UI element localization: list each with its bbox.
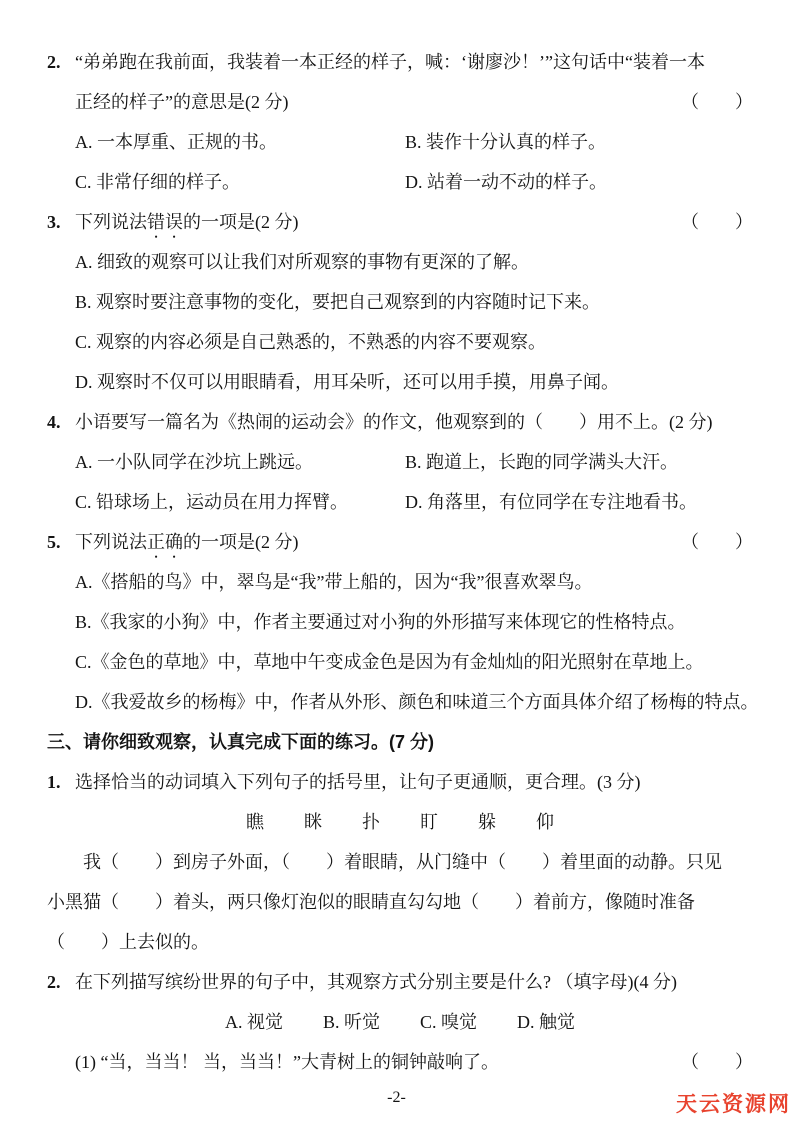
question-3-stem-post: 的一项是(2 分) xyxy=(183,202,299,242)
option-b: B. 跑道上，长跑的同学满头大汗。 xyxy=(405,442,678,482)
question-4-stem-text: 小语要写一篇名为《热闹的运动会》的作文，他观察到的（ ）用不上。(2 分) xyxy=(75,402,713,442)
s3q2-item-1-answer-bracket: （ ） xyxy=(681,1042,753,1082)
question-3-option-row: A. 细致的观察可以让我们对所观察的事物有更深的了解。 xyxy=(47,242,753,282)
section-3-heading: 三、请你细致观察，认真完成下面的练习。(7 分) xyxy=(47,722,753,762)
question-5: 5. 下列说法 正确 的一项是(2 分) （ ） A.《搭船的鸟》中，翠鸟是“我… xyxy=(47,522,753,722)
section-3-question-2: 2. 在下列描写缤纷世界的句子中，其观察方式分别主要是什么? （填字母)(4 分… xyxy=(47,962,753,1082)
option-c: C. 铅球场上，运动员在用力挥臂。 xyxy=(75,482,405,522)
word-bank-item: 盯 xyxy=(420,802,438,842)
option-a: A. 细致的观察可以让我们对所观察的事物有更深的了解。 xyxy=(75,242,529,282)
s3q1-stem-text: 选择恰当的动词填入下列句子的括号里，让句子更通顺，更合理。(3 分) xyxy=(75,762,641,802)
question-2-stem-text: “弟弟跑在我前面，我装着一本正经的样子，喊：‘谢廖沙！’”这句话中“装着一本 xyxy=(75,42,705,82)
question-5-stem-pre: 下列说法 xyxy=(75,522,147,562)
question-3-option-row: B. 观察时要注意事物的变化，要把自己观察到的内容随时记下来。 xyxy=(47,282,753,322)
s3q1-passage-line-2: 小黑猫（ ）着头，两只像灯泡似的眼睛直勾勾地（ ）着前方，像随时准备 xyxy=(47,882,753,922)
question-4: 4. 小语要写一篇名为《热闹的运动会》的作文，他观察到的（ ）用不上。(2 分)… xyxy=(47,402,753,522)
question-5-option-row: B.《我家的小狗》中，作者主要通过对小狗的外形描写来体现它的性格特点。 xyxy=(47,602,753,642)
question-5-option-row: A.《搭船的鸟》中，翠鸟是“我”带上船的，因为“我”很喜欢翠鸟。 xyxy=(47,562,753,602)
question-2-stem-line-1: 2. “弟弟跑在我前面，我装着一本正经的样子，喊：‘谢廖沙！’”这句话中“装着一… xyxy=(47,42,753,82)
option-c: C.《金色的草地》中，草地中午变成金色是因为有金灿灿的阳光照射在草地上。 xyxy=(75,642,704,682)
s3q2-stem: 2. 在下列描写缤纷世界的句子中，其观察方式分别主要是什么? （填字母)(4 分… xyxy=(47,962,753,1002)
watermark: 天云资源网 xyxy=(676,1088,791,1118)
option-d: D. 观察时不仅可以用眼睛看，用耳朵听，还可以用手摸，用鼻子闻。 xyxy=(75,362,619,402)
s3q1-passage-line-3: （ ）上去似的。 xyxy=(47,922,753,962)
word-bank-item: 瞧 xyxy=(246,802,264,842)
passage-text: 小黑猫（ ）着头，两只像灯泡似的眼睛直勾勾地（ ）着前方，像随时准备 xyxy=(47,882,695,922)
question-5-number: 5. xyxy=(47,522,75,562)
option-c: C. 观察的内容必须是自己熟悉的，不熟悉的内容不要观察。 xyxy=(75,322,546,362)
question-3-number: 3. xyxy=(47,202,75,242)
question-5-option-row: C.《金色的草地》中，草地中午变成金色是因为有金灿灿的阳光照射在草地上。 xyxy=(47,642,753,682)
word-bank-item: 眯 xyxy=(304,802,322,842)
exam-page: 2. “弟弟跑在我前面，我装着一本正经的样子，喊：‘谢廖沙！’”这句话中“装着一… xyxy=(0,0,793,1122)
question-4-stem: 4. 小语要写一篇名为《热闹的运动会》的作文，他观察到的（ ）用不上。(2 分) xyxy=(47,402,753,442)
s3q2-choices: A. 视觉 B. 听觉 C. 嗅觉 D. 触觉 xyxy=(47,1002,753,1042)
word-bank-item: 躲 xyxy=(478,802,496,842)
question-5-stem: 5. 下列说法 正确 的一项是(2 分) （ ） xyxy=(47,522,753,562)
question-2-number: 2. xyxy=(47,42,75,82)
option-b: B.《我家的小狗》中，作者主要通过对小狗的外形描写来体现它的性格特点。 xyxy=(75,602,686,642)
s3q2-item-1-text: (1) “当，当当！ 当，当当！”大青树上的铜钟敲响了。 xyxy=(75,1042,499,1082)
choice-d: D. 触觉 xyxy=(517,1002,575,1042)
question-2-options-row-1: A. 一本厚重、正规的书。 B. 装作十分认真的样子。 xyxy=(47,122,753,162)
question-5-stem-post: 的一项是(2 分) xyxy=(183,522,299,562)
section-3-heading-text: 三、请你细致观察，认真完成下面的练习。(7 分) xyxy=(47,722,434,762)
option-a: A.《搭船的鸟》中，翠鸟是“我”带上船的，因为“我”很喜欢翠鸟。 xyxy=(75,562,592,602)
option-a: A. 一小队同学在沙坑上跳远。 xyxy=(75,442,405,482)
question-2-answer-bracket: （ ） xyxy=(681,82,753,122)
question-3-option-row: C. 观察的内容必须是自己熟悉的，不熟悉的内容不要观察。 xyxy=(47,322,753,362)
passage-text: 我（ ）到房子外面，（ ）着眼睛，从门缝中（ ）着里面的动静。只见 xyxy=(83,842,722,882)
question-3: 3. 下列说法 错误 的一项是(2 分) （ ） A. 细致的观察可以让我们对所… xyxy=(47,202,753,402)
s3q2-item-1: (1) “当，当当！ 当，当当！”大青树上的铜钟敲响了。 （ ） xyxy=(47,1042,753,1082)
word-bank-item: 仰 xyxy=(536,802,554,842)
choice-a: A. 视觉 xyxy=(225,1002,283,1042)
choice-c: C. 嗅觉 xyxy=(420,1002,477,1042)
option-d: D.《我爱故乡的杨梅》中，作者从外形、颜色和味道三个方面具体介绍了杨梅的特点。 xyxy=(75,682,759,722)
word-bank-item: 扑 xyxy=(362,802,380,842)
question-2: 2. “弟弟跑在我前面，我装着一本正经的样子，喊：‘谢廖沙！’”这句话中“装着一… xyxy=(47,42,753,202)
question-3-stem-emphasized: 错误 xyxy=(147,202,183,242)
s3q1-stem: 1. 选择恰当的动词填入下列句子的括号里，让句子更通顺，更合理。(3 分) xyxy=(47,762,753,802)
question-4-options-row-2: C. 铅球场上，运动员在用力挥臂。 D. 角落里，有位同学在专注地看书。 xyxy=(47,482,753,522)
question-3-stem-pre: 下列说法 xyxy=(75,202,147,242)
option-a: A. 一本厚重、正规的书。 xyxy=(75,122,405,162)
question-5-answer-bracket: （ ） xyxy=(681,522,753,562)
page-number: -2- xyxy=(0,1088,793,1108)
question-2-stem-text-2: 正经的样子”的意思是(2 分) xyxy=(75,82,288,122)
option-b: B. 装作十分认真的样子。 xyxy=(405,122,606,162)
question-2-stem-line-2: 正经的样子”的意思是(2 分) （ ） xyxy=(47,82,753,122)
section-3: 三、请你细致观察，认真完成下面的练习。(7 分) 1. 选择恰当的动词填入下列句… xyxy=(47,722,753,1082)
question-5-option-row: D.《我爱故乡的杨梅》中，作者从外形、颜色和味道三个方面具体介绍了杨梅的特点。 xyxy=(47,682,753,722)
question-2-options-row-2: C. 非常仔细的样子。 D. 站着一动不动的样子。 xyxy=(47,162,753,202)
s3q2-stem-text: 在下列描写缤纷世界的句子中，其观察方式分别主要是什么? （填字母)(4 分) xyxy=(75,962,677,1002)
choice-b: B. 听觉 xyxy=(323,1002,380,1042)
option-d: D. 角落里，有位同学在专注地看书。 xyxy=(405,482,697,522)
s3q1-number: 1. xyxy=(47,762,75,802)
option-b: B. 观察时要注意事物的变化，要把自己观察到的内容随时记下来。 xyxy=(75,282,600,322)
option-c: C. 非常仔细的样子。 xyxy=(75,162,405,202)
s3q1-word-bank: 瞧 眯 扑 盯 躲 仰 xyxy=(47,802,753,842)
s3q2-number: 2. xyxy=(47,962,75,1002)
question-3-option-row: D. 观察时不仅可以用眼睛看，用耳朵听，还可以用手摸，用鼻子闻。 xyxy=(47,362,753,402)
question-3-stem: 3. 下列说法 错误 的一项是(2 分) （ ） xyxy=(47,202,753,242)
question-3-answer-bracket: （ ） xyxy=(681,202,753,242)
question-5-stem-emphasized: 正确 xyxy=(147,522,183,562)
question-4-number: 4. xyxy=(47,402,75,442)
question-4-options-row-1: A. 一小队同学在沙坑上跳远。 B. 跑道上，长跑的同学满头大汗。 xyxy=(47,442,753,482)
s3q1-passage-line-1: 我（ ）到房子外面，（ ）着眼睛，从门缝中（ ）着里面的动静。只见 xyxy=(47,842,753,882)
section-3-question-1: 1. 选择恰当的动词填入下列句子的括号里，让句子更通顺，更合理。(3 分) 瞧 … xyxy=(47,762,753,962)
option-d: D. 站着一动不动的样子。 xyxy=(405,162,607,202)
passage-text: （ ）上去似的。 xyxy=(47,922,209,962)
